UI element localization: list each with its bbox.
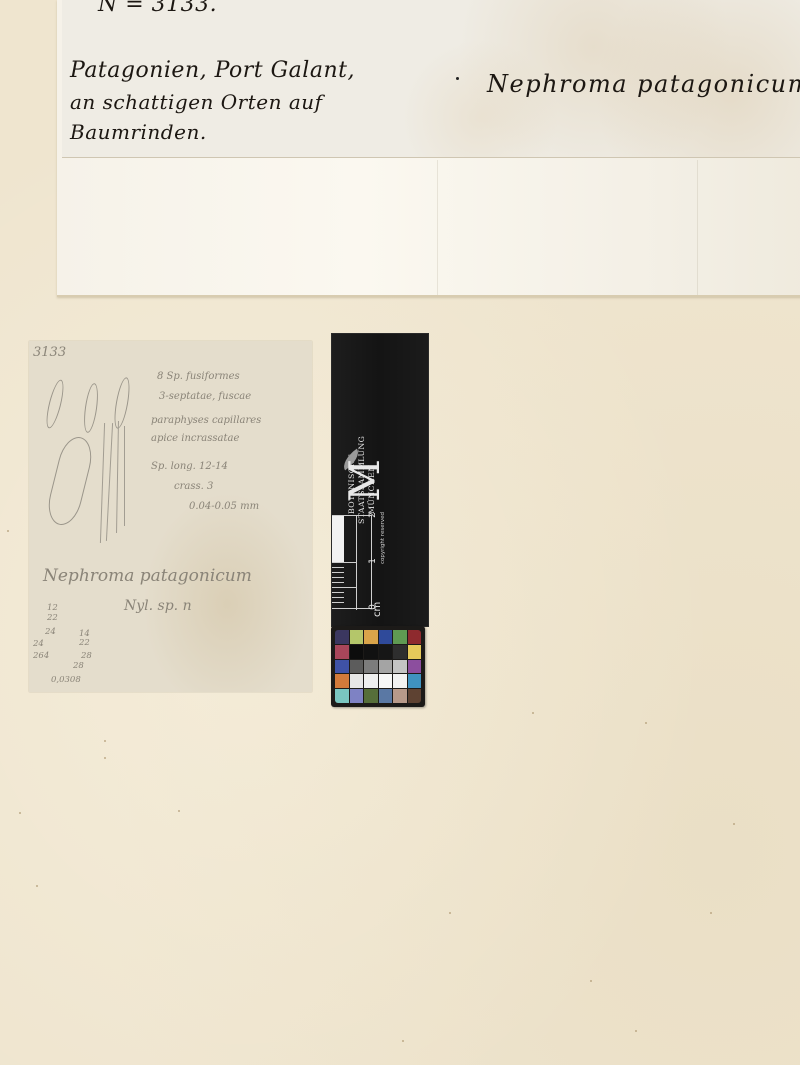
slip-number: 3133: [33, 345, 66, 360]
calc-value: 22: [79, 638, 90, 648]
color-patch: [335, 630, 349, 644]
paraphysis-sketch-icon: [106, 423, 113, 541]
slip-note-line: apice incrassatae: [151, 433, 239, 444]
color-patch: [335, 689, 349, 703]
ruler-tick: [332, 592, 344, 593]
ruler-tick: [332, 597, 344, 598]
speck: [449, 912, 451, 914]
speck: [19, 812, 21, 814]
copyright-notice: copyright reserved: [380, 512, 386, 564]
speck: [635, 1030, 637, 1032]
color-patch: [393, 630, 407, 644]
speck: [590, 980, 592, 982]
color-patch: [350, 660, 364, 674]
speck: [36, 885, 38, 887]
color-patch: [350, 689, 364, 703]
color-patch: [350, 630, 364, 644]
envelope-fold: [437, 160, 438, 295]
slip-note-line: crass. 3: [174, 481, 213, 492]
ruler-tick: [332, 582, 344, 583]
spore-sketch-icon: [82, 382, 101, 433]
ruler-tick: [332, 562, 356, 563]
label-locality-line-1: Patagonien, Port Galant,: [70, 58, 355, 83]
speck: [733, 823, 735, 825]
color-patch: [350, 645, 364, 659]
calc-value: 28: [73, 661, 84, 671]
color-patch: [379, 660, 393, 674]
ruler-tick: [332, 577, 344, 578]
color-patch: [408, 630, 422, 644]
spore-sketch-icon: [43, 378, 67, 429]
speck: [7, 530, 9, 532]
color-patch: [350, 674, 364, 688]
slip-note-line: 0.04-0.05 mm: [189, 501, 259, 512]
calc-value: 24: [33, 639, 44, 649]
speck: [710, 912, 712, 914]
slip-note-line: paraphyses capillares: [151, 415, 261, 426]
envelope-fold: [697, 160, 698, 295]
label-taxon-name: Nephroma patagonicum: [487, 70, 800, 98]
spore-sketch-icon: [112, 376, 133, 429]
color-patch: [408, 645, 422, 659]
ruler-unit: cm: [372, 602, 383, 617]
centimeter-ruler: [332, 515, 372, 609]
calc-value: 264: [33, 651, 49, 661]
speck: [104, 740, 106, 742]
calc-value: 24: [45, 627, 56, 637]
color-patch: [393, 645, 407, 659]
ruler-tick: [332, 602, 344, 603]
color-patch: [364, 689, 378, 703]
speck: [645, 722, 647, 724]
institution-logo: M: [340, 459, 389, 502]
paraphysis-sketch-icon: [100, 423, 105, 543]
label-locality-line-3: Baumrinden.: [70, 120, 207, 144]
paraphysis-sketch-icon: [124, 426, 125, 526]
ruler-label-2: 2: [368, 512, 378, 518]
color-patch: [379, 645, 393, 659]
color-patch: [379, 689, 393, 703]
color-patch: [335, 674, 349, 688]
herbarium-label: N = 3133. Patagonien, Port Galant, an sc…: [62, 0, 800, 158]
annotation-slip: 3133 8 Sp. fusiformes 3-septatae, fuscae…: [29, 341, 312, 692]
label-locality-line-2: an schattigen Orten auf: [70, 90, 323, 114]
calc-value: 0,0308: [51, 675, 81, 685]
speck: [104, 757, 106, 759]
slip-note-line: Sp. long. 12-14: [151, 461, 228, 472]
speck: [402, 1040, 404, 1042]
ascus-sketch-icon: [44, 433, 97, 528]
color-patch: [364, 645, 378, 659]
speck: [532, 712, 534, 714]
calc-value: 12: [47, 603, 58, 613]
color-patch: [408, 674, 422, 688]
calc-value: 28: [81, 651, 92, 661]
color-patch: [364, 674, 378, 688]
ruler-tick: [332, 572, 344, 573]
color-calibration-chart: [331, 626, 425, 707]
color-patch: [335, 660, 349, 674]
color-patch: [379, 674, 393, 688]
ruler-tick: [332, 587, 356, 588]
label-number: N = 3133.: [98, 0, 217, 17]
color-patch: [393, 674, 407, 688]
ruler-line: [356, 516, 357, 610]
color-patch: [393, 660, 407, 674]
ruler-label-1: 1: [368, 558, 378, 564]
slip-taxon-name: Nephroma patagonicum: [43, 566, 252, 586]
ruler-tick: [332, 567, 344, 568]
scale-bar-card: BOTANISCHE STAATSSAMMLUNG MÜNCHEN M 0 1 …: [331, 333, 429, 627]
color-patch: [408, 689, 422, 703]
color-patch: [364, 660, 378, 674]
ink-dot: [456, 77, 459, 80]
color-patch: [364, 630, 378, 644]
ruler-white-segment: [332, 516, 344, 562]
color-patch-grid: [335, 630, 421, 703]
slip-note-line: 8 Sp. fusiformes: [157, 371, 240, 382]
speck: [178, 810, 180, 812]
color-patch: [393, 689, 407, 703]
color-patch: [408, 660, 422, 674]
calc-value: 22: [47, 613, 58, 623]
color-patch: [335, 645, 349, 659]
slip-reference: Nyl. sp. n: [124, 598, 192, 614]
paraphysis-sketch-icon: [116, 421, 119, 533]
color-patch: [379, 630, 393, 644]
slip-note-line: 3-septatae, fuscae: [159, 391, 251, 402]
